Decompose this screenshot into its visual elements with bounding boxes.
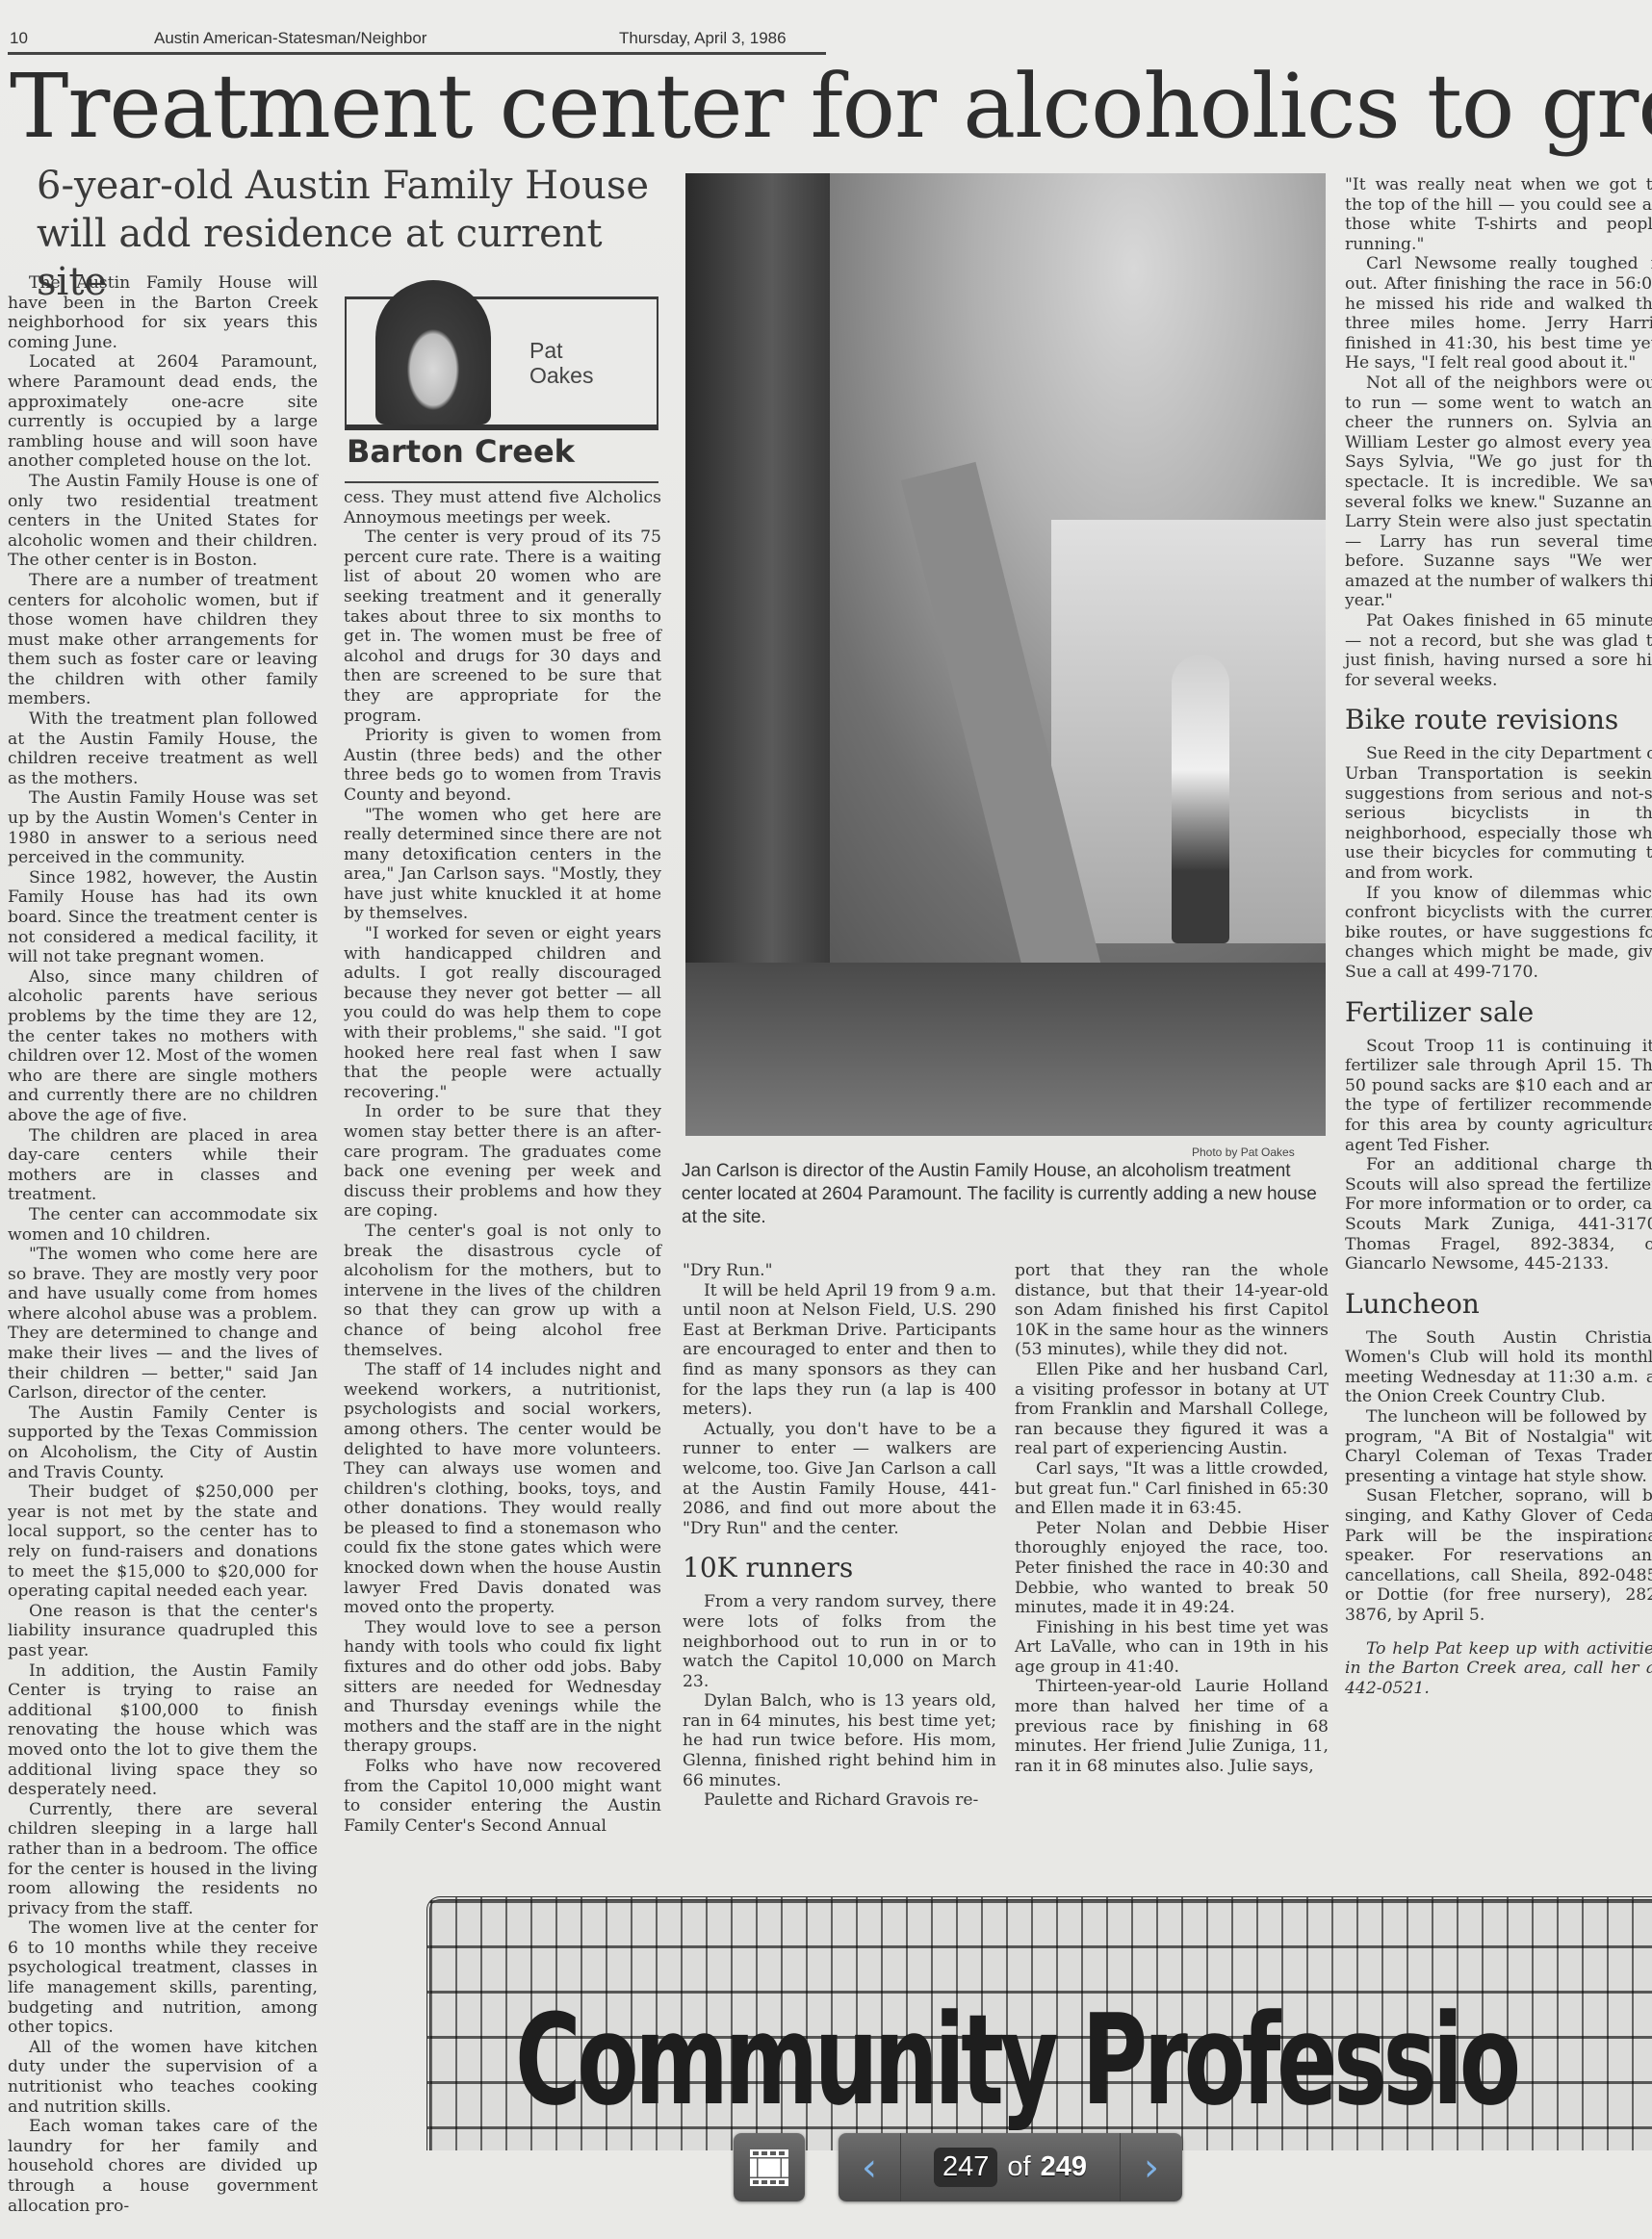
- page-number: 10: [10, 29, 28, 48]
- paragraph: The center can accommodate six women and…: [8, 1205, 318, 1245]
- paragraph: Each woman takes care of the laundry for…: [8, 2117, 318, 2216]
- next-page-button[interactable]: ›: [1121, 2133, 1182, 2201]
- current-page-input[interactable]: 247: [934, 2148, 997, 2187]
- luncheon-paragraphs: The South Austin Christian Women's Club …: [1345, 1328, 1652, 1626]
- section-heading-luncheon: Luncheon: [1345, 1288, 1652, 1321]
- headline: Treatment center for alcoholics to grow: [10, 54, 1652, 160]
- paragraph: Since 1982, however, the Austin Family H…: [8, 868, 318, 967]
- article-column-5: "It was really neat when we got to the t…: [1345, 175, 1652, 1698]
- columnist-box: Pat Oakes: [345, 296, 658, 430]
- paragraph: The Austin Family House is one of only t…: [8, 472, 318, 571]
- paragraph: Their budget of $250,000 per year is not…: [8, 1482, 318, 1602]
- column-title-rule: [345, 481, 658, 483]
- columnist-name: Pat Oakes: [529, 338, 593, 388]
- section-heading-10k: 10K runners: [683, 1552, 996, 1584]
- paragraph: Not all of the neighbors were out to run…: [1345, 373, 1652, 611]
- paragraph: The luncheon will be followed by a progr…: [1345, 1407, 1652, 1486]
- filmstrip-icon: [749, 2149, 789, 2187]
- article-column-3: "Dry Run."It will be held April 19 from …: [683, 1261, 996, 1811]
- paragraph: Ellen Pike and her husband Carl, a visit…: [1015, 1360, 1329, 1459]
- paragraph: cess. They must attend five Alcholics An…: [344, 488, 661, 528]
- paragraph: The children are placed in area day-care…: [8, 1126, 318, 1205]
- columnist-first-name: Pat: [529, 338, 593, 363]
- 10k-paragraphs: From a very random survey, there were lo…: [683, 1592, 996, 1811]
- paragraph: Carl says, "It was a little crowded, but…: [1015, 1459, 1329, 1519]
- paragraph: "It was really neat when we got to the t…: [1345, 175, 1652, 254]
- contact-tagline: To help Pat keep up with activities in t…: [1345, 1639, 1652, 1699]
- paragraph: One reason is that the center's liabilit…: [8, 1602, 318, 1661]
- of-label: of: [1007, 2151, 1030, 2183]
- 10k-continued-paragraphs: "It was really neat when we got to the t…: [1345, 175, 1652, 690]
- paragraph: The South Austin Christian Women's Club …: [1345, 1328, 1652, 1407]
- paragraph: The staff of 14 includes night and weeke…: [344, 1360, 661, 1618]
- paragraph: For an additional charge the Scouts will…: [1345, 1155, 1652, 1274]
- paragraph: From a very random survey, there were lo…: [683, 1592, 996, 1691]
- paragraph: Thirteen-year-old Laurie Holland more th…: [1015, 1677, 1329, 1776]
- chevron-left-icon: ‹: [862, 2146, 877, 2190]
- article-column-4: port that they ran the whole distance, b…: [1015, 1261, 1329, 1776]
- paragraph: "The women who get here are really deter…: [344, 806, 661, 925]
- page-indicator: 247 of 249: [901, 2148, 1120, 2187]
- paragraph: Priority is given to women from Austin (…: [344, 726, 661, 805]
- columnist-last-name: Oakes: [529, 363, 593, 388]
- paragraph: Folks who have now recovered from the Ca…: [344, 1757, 661, 1836]
- paragraph: Carl Newsome really toughed it out. Afte…: [1345, 254, 1652, 373]
- paragraph: "I worked for seven or eight years with …: [344, 924, 661, 1102]
- photo-person: [1172, 655, 1229, 943]
- bike-paragraphs: Sue Reed in the city Department of Urban…: [1345, 744, 1652, 982]
- paragraph: Finishing in his best time yet was Art L…: [1015, 1618, 1329, 1678]
- paragraph: Peter Nolan and Debbie Hiser thoroughly …: [1015, 1519, 1329, 1618]
- paragraph: The Austin Family House was set up by th…: [8, 788, 318, 867]
- paragraph: port that they ran the whole distance, b…: [1015, 1261, 1329, 1360]
- paragraph: The Austin Family House will have been i…: [8, 273, 318, 352]
- paragraph: In addition, the Austin Family Center is…: [8, 1661, 318, 1800]
- photo-credit: Photo by Pat Oakes: [1192, 1145, 1295, 1159]
- article-column-1: The Austin Family House will have been i…: [8, 273, 318, 2216]
- chevron-right-icon: ›: [1144, 2146, 1159, 2190]
- dry-run-paragraphs: "Dry Run."It will be held April 19 from …: [683, 1261, 996, 1538]
- paragraph: The center's goal is not only to break t…: [344, 1222, 661, 1360]
- paragraph: The center is very proud of its 75 perce…: [344, 528, 661, 726]
- paragraph: They would love to see a person handy wi…: [344, 1618, 661, 1757]
- paragraph: Actually, you don't have to be a runner …: [683, 1420, 996, 1539]
- paragraph: "The women who come here are so brave. T…: [8, 1245, 318, 1403]
- paragraph: Scout Troop 11 is continuing its fertili…: [1345, 1037, 1652, 1156]
- paragraph: The Austin Family Center is supported by…: [8, 1403, 318, 1482]
- section-heading-fertilizer: Fertilizer sale: [1345, 996, 1652, 1029]
- publication-name: Austin American-Statesman/Neighbor: [154, 29, 426, 48]
- article-column-2: cess. They must attend five Alcholics An…: [344, 488, 661, 1836]
- paragraph: Dylan Balch, who is 13 years old, ran in…: [683, 1691, 996, 1790]
- paragraph: There are a number of treatment centers …: [8, 571, 318, 709]
- paragraph: The women live at the center for 6 to 10…: [8, 1918, 318, 2038]
- paragraph: Currently, there are several children sl…: [8, 1800, 318, 1919]
- columnist-photo: [375, 280, 491, 425]
- page-navigator: ‹ 247 of 249 ›: [839, 2133, 1182, 2201]
- paragraph: Paulette and Richard Gravois re-: [683, 1790, 996, 1811]
- paragraph: Located at 2604 Paramount, where Paramou…: [8, 352, 318, 472]
- paragraph: Also, since many children of alcoholic p…: [8, 967, 318, 1126]
- photo-caption: Jan Carlson is director of the Austin Fa…: [682, 1160, 1329, 1229]
- previous-page-button[interactable]: ‹: [839, 2133, 900, 2201]
- paragraph: With the treatment plan followed at the …: [8, 709, 318, 788]
- news-photo: [685, 173, 1326, 1136]
- total-pages: 249: [1041, 2151, 1087, 2183]
- paragraph: It will be held April 19 from 9 a.m. unt…: [683, 1281, 996, 1420]
- fertilizer-paragraphs: Scout Troop 11 is continuing its fertili…: [1345, 1037, 1652, 1274]
- paragraph: Sue Reed in the city Department of Urban…: [1345, 744, 1652, 883]
- paragraph: If you know of dilemmas which confront b…: [1345, 884, 1652, 983]
- section-heading-bike: Bike route revisions: [1345, 704, 1652, 736]
- paragraph: Pat Oakes finished in 65 minutes — not a…: [1345, 611, 1652, 690]
- paragraph: "Dry Run.": [683, 1261, 996, 1281]
- newspaper-page: 10 Austin American-Statesman/Neighbor Th…: [0, 0, 1652, 2239]
- ad-banner-text: Community Professio: [515, 1993, 1517, 2127]
- paragraph: All of the women have kitchen duty under…: [8, 2038, 318, 2117]
- issue-date: Thursday, April 3, 1986: [619, 29, 787, 48]
- paragraph: Susan Fletcher, soprano, will be singing…: [1345, 1486, 1652, 1625]
- column-title: Barton Creek: [347, 433, 575, 470]
- photo-ground: [685, 963, 1326, 1136]
- filmstrip-button[interactable]: [734, 2133, 805, 2201]
- paragraph: In order to be sure that they women stay…: [344, 1102, 661, 1222]
